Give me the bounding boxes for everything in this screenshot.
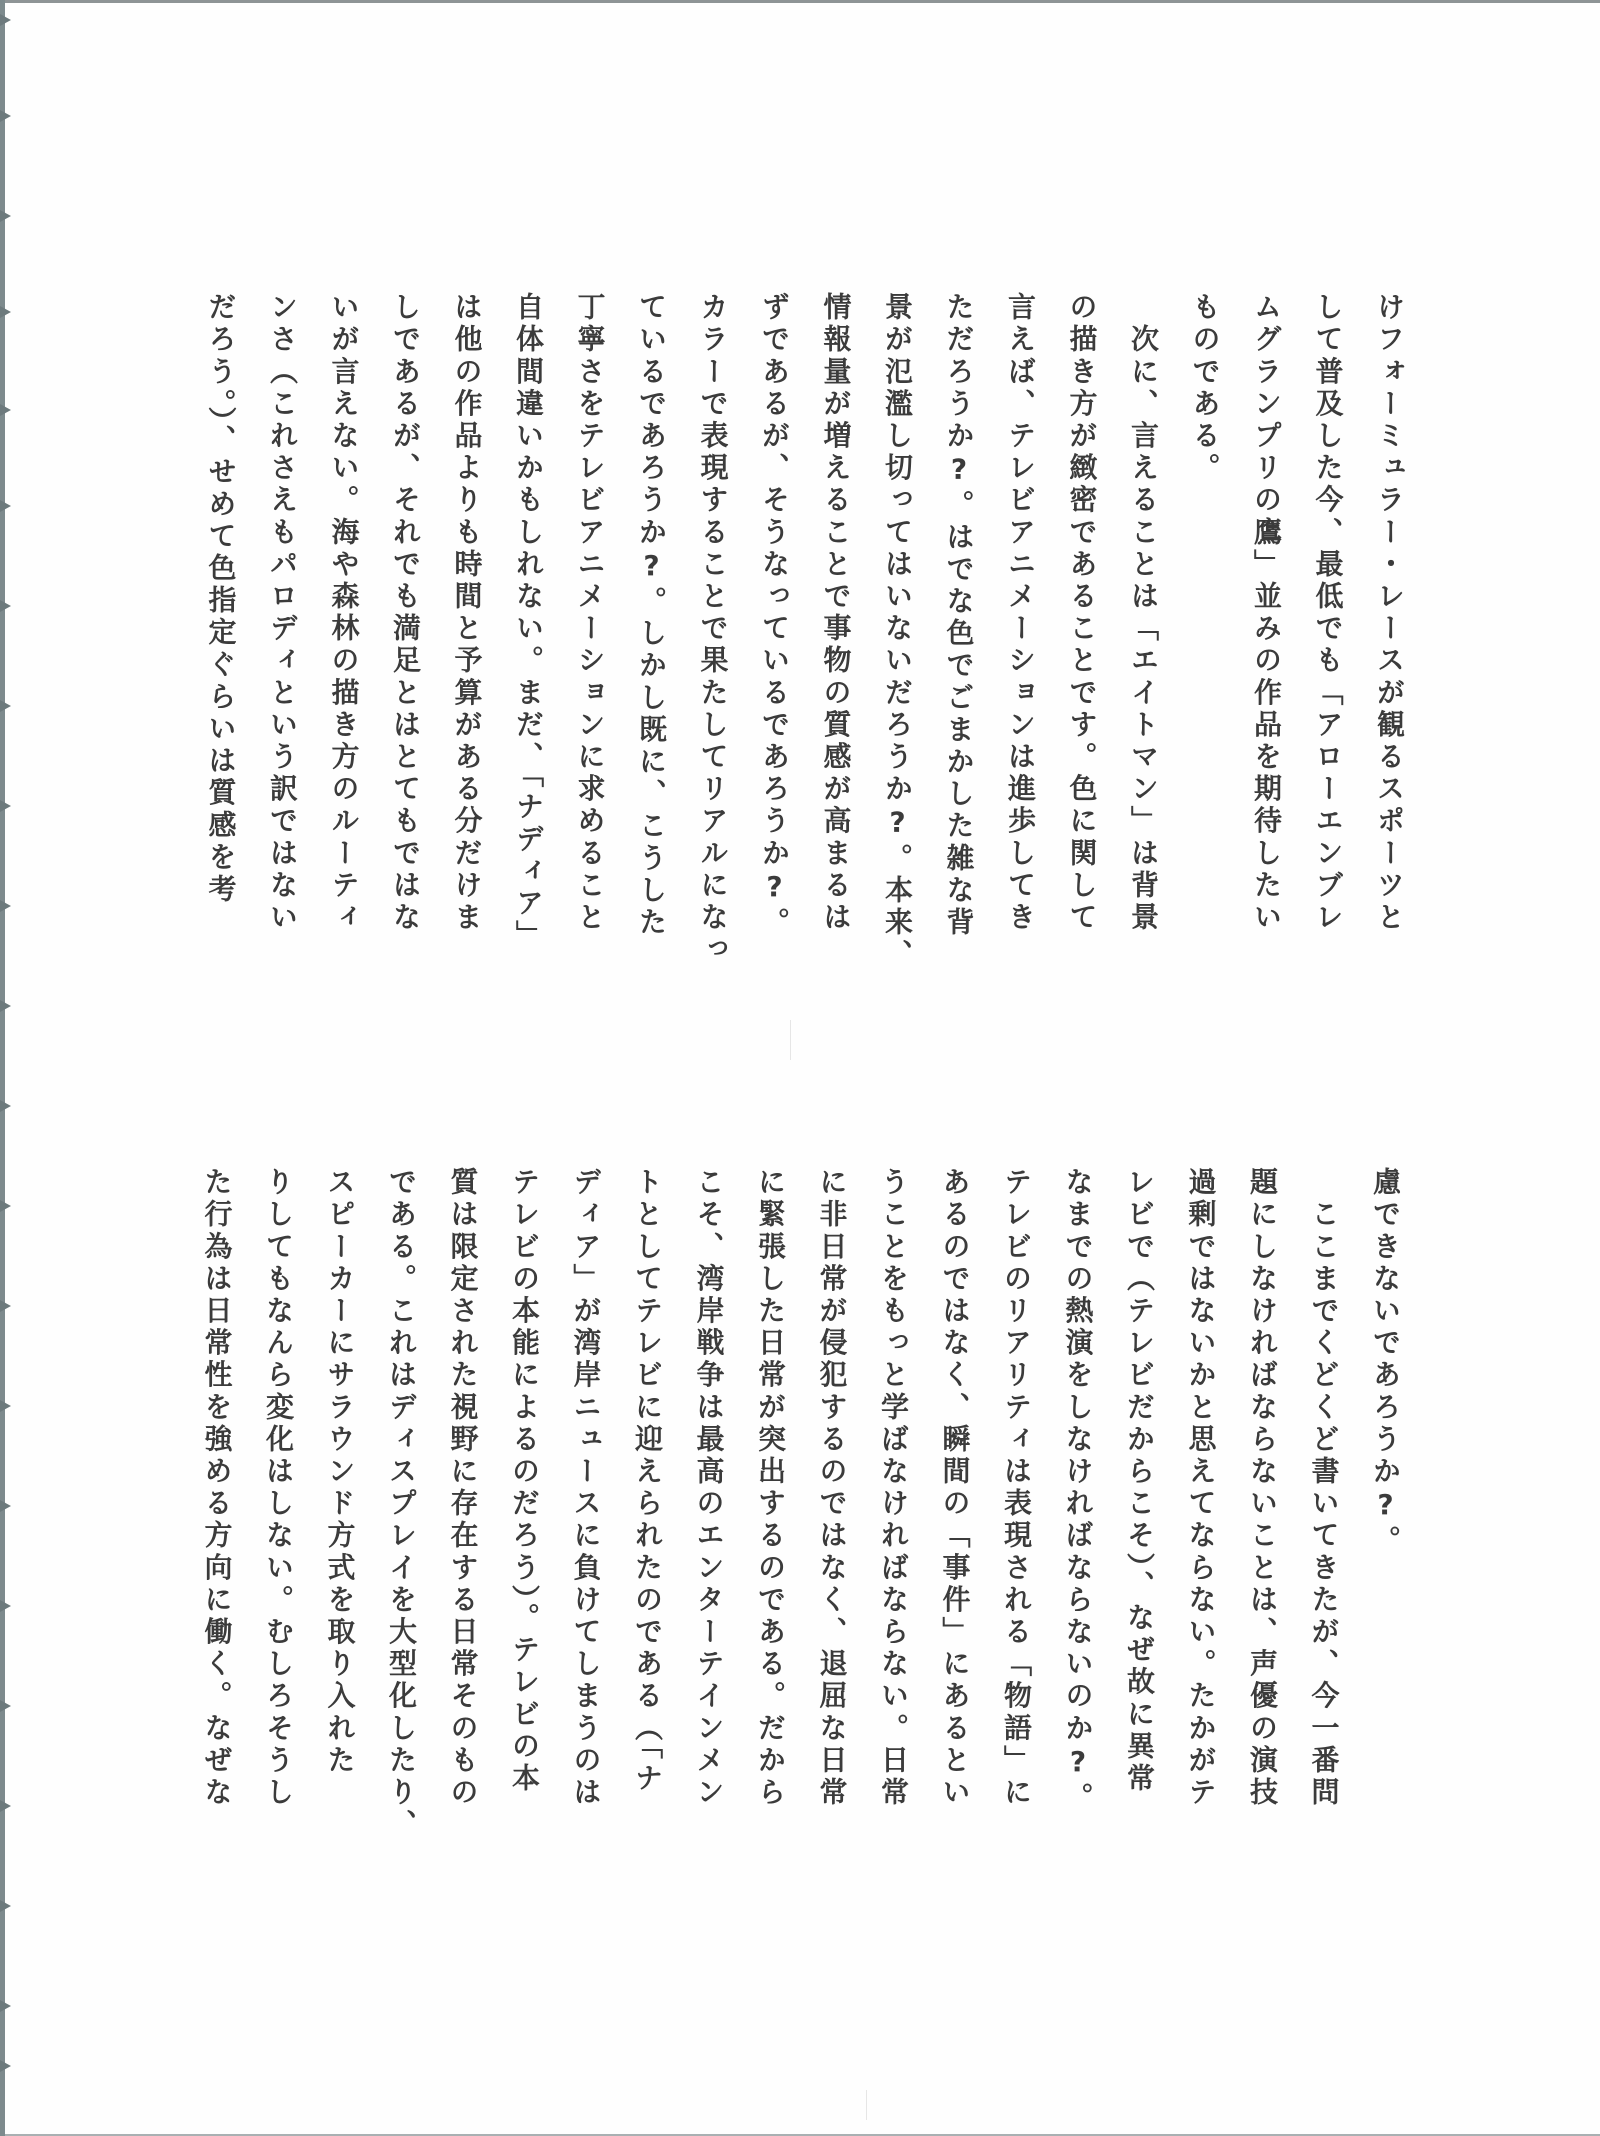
binding-tick-mark [0, 210, 11, 222]
binding-tick-mark [0, 1700, 11, 1712]
binding-tick-mark [0, 700, 11, 712]
text-column: 次に、言えることは「エイトマン」は背景 [1113, 292, 1175, 992]
text-column: こそ、湾岸戦争は最高のエンターテインメン [678, 1167, 740, 1867]
text-column: テレビの本能によるのだろう）。テレビの本 [494, 1167, 556, 1867]
binding-tick-mark [0, 600, 11, 612]
text-column: 言えば、テレビアニメーションは進歩してき [990, 292, 1052, 992]
text-column: レビで（テレビだからこそ）、なぜ故に異常 [1109, 1167, 1171, 1867]
binding-tick-mark [0, 1200, 11, 1212]
text-block-bottom: 慮できないであろうか?。 ここまでくどくど書いてきたが、今一番問 題にしなければ… [186, 1167, 1416, 1867]
binding-tick-mark [0, 1100, 11, 1112]
text-column: テレビのリアリティは表現される「物語」に [986, 1167, 1048, 1867]
scan-artifact [790, 1020, 791, 1060]
text-column: うことをもっと学ばなければならない。日常 [863, 1167, 925, 1867]
page-top-edge [0, 0, 1600, 3]
text-column: の描き方が緻密であることです。色に関して [1051, 292, 1113, 992]
text-column: である。これはディスプレイを大型化したり、 [371, 1167, 433, 1867]
text-column: ディア」が湾岸ニュースに負けてしまうのは [555, 1167, 617, 1867]
text-column: スピーカーにサラウンド方式を取り入れた [309, 1167, 371, 1867]
binding-tick-mark [0, 1300, 11, 1312]
text-column: ているであろうか?。しかし既に、こうした [621, 292, 683, 992]
text-column: 題にしなければならないことは、声優の演技 [1232, 1167, 1294, 1867]
text-column: 質は限定された視野に存在する日常そのもの [432, 1167, 494, 1867]
binding-tick-mark [0, 500, 11, 512]
binding-tick-mark [0, 800, 11, 812]
text-column: 自体間違いかもしれない。まだ、「ナディア」 [498, 292, 560, 992]
text-column: た行為は日常性を強める方向に働く。なぜな [186, 1167, 248, 1867]
text-column: に緊張した日常が突出するのである。だから [740, 1167, 802, 1867]
text-column: トとしてテレビに迎えられたのである（「ナ [617, 1167, 679, 1867]
binding-tick-mark [0, 404, 11, 416]
binding-tick-mark [0, 1400, 11, 1412]
text-column: いが言えない。海や森林の描き方のルーティ [313, 292, 375, 992]
text-column: ムグランプリの鷹」並みの作品を期待したい [1236, 292, 1298, 992]
page-binding-strip [0, 0, 5, 2136]
binding-tick-mark [0, 1000, 11, 1012]
binding-tick-mark [0, 1600, 11, 1612]
text-column: に非日常が侵犯するのではなく、退屈な日常 [801, 1167, 863, 1867]
text-column: りしてもなんら変化はしない。むしろそうし [248, 1167, 310, 1867]
text-column: なまでの熱演をしなければならないのか?。 [1047, 1167, 1109, 1867]
binding-tick-mark [0, 1900, 11, 1912]
text-column: ンさ（これさえもパロディという訳ではない [252, 292, 314, 992]
text-column: ここまでくどくど書いてきたが、今一番問 [1293, 1167, 1355, 1867]
text-block-top: けフォーミュラー・レースが観るスポーツと して普及した今、最低でも「アローエンブ… [190, 292, 1420, 992]
text-column: しであるが、それでも満足とはとてもではな [375, 292, 437, 992]
text-column: 景が氾濫し切ってはいないだろうか?。本来、 [867, 292, 929, 992]
text-column: ものである。 [1174, 292, 1236, 992]
scan-artifact [866, 2090, 867, 2120]
binding-tick-mark [0, 2000, 11, 2012]
text-column: 慮できないであろうか?。 [1355, 1167, 1417, 1867]
text-column: は他の作品よりも時間と予算がある分だけま [436, 292, 498, 992]
binding-tick-mark [0, 306, 11, 318]
text-column: あるのではなく、瞬間の「事件」にあるとい [924, 1167, 986, 1867]
binding-tick-mark [0, 14, 11, 26]
binding-tick-mark [0, 2060, 11, 2072]
text-column: ただろうか?。はでな色でごまかした雑な背 [928, 292, 990, 992]
binding-tick-mark [0, 110, 11, 122]
text-column: 丁寧さをテレビアニメーションに求めること [559, 292, 621, 992]
text-column: だろう。）、せめて色指定ぐらいは質感を考 [190, 292, 252, 992]
binding-tick-mark [0, 1800, 11, 1812]
binding-tick-mark [0, 900, 11, 912]
text-column: けフォーミュラー・レースが観るスポーツと [1359, 292, 1421, 992]
text-column: カラーで表現することで果たしてリアルになっ [682, 292, 744, 992]
text-column: 情報量が増えることで事物の質感が高まるは [805, 292, 867, 992]
text-column: して普及した今、最低でも「アローエンブレ [1297, 292, 1359, 992]
binding-tick-mark [0, 1500, 11, 1512]
text-column: ずであるが、そうなっているであろうか?。 [744, 292, 806, 992]
text-column: 過剰ではないかと思えてならない。たかがテ [1170, 1167, 1232, 1867]
